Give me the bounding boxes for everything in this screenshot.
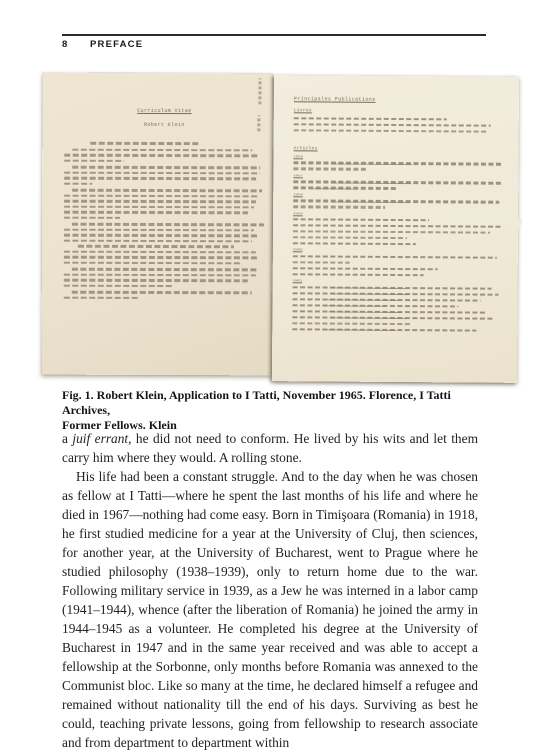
bibliography-entry-line xyxy=(293,286,492,290)
publications-heading: Principales Publications xyxy=(294,96,513,104)
typed-paragraph xyxy=(64,291,264,300)
bibliography-entry-line xyxy=(293,242,416,245)
typed-line xyxy=(64,211,248,214)
typed-line xyxy=(64,284,174,287)
year-heading: 1955 xyxy=(293,155,512,161)
bibliography-entry-line xyxy=(292,310,487,314)
bibliography-entry-line xyxy=(292,298,480,302)
typed-line xyxy=(64,182,92,185)
header-rule xyxy=(62,34,486,36)
typed-line xyxy=(64,159,124,162)
running-head-title: PREFACE xyxy=(90,39,143,50)
figure-1: Curriculum Vitae Robert Klein Principale… xyxy=(40,71,522,389)
bibliography-entry-line xyxy=(293,218,429,221)
bibliography-entry-line xyxy=(293,187,398,190)
bibliography-entry-line xyxy=(293,181,501,185)
bibliography-entry-line xyxy=(294,123,491,127)
bibliography-entry-line xyxy=(292,328,476,332)
bibliography-entry-line xyxy=(293,236,407,239)
typed-paragraph xyxy=(64,189,264,220)
typed-line xyxy=(64,273,256,276)
typed-line xyxy=(72,189,262,192)
typed-line xyxy=(64,194,258,197)
typed-paragraph xyxy=(64,148,264,162)
typed-line xyxy=(64,177,256,180)
body-paragraph: a juif errant, he did not need to confor… xyxy=(62,429,478,467)
typed-paragraph xyxy=(64,142,264,145)
bibliography-entry-line xyxy=(293,162,503,166)
cv-page-content: Curriculum Vitae Robert Klein xyxy=(63,108,264,376)
typed-line xyxy=(64,256,258,259)
typed-line xyxy=(64,239,252,242)
typed-line xyxy=(72,268,258,271)
bibliography-entry-line xyxy=(293,224,503,228)
bibliography-entry-line xyxy=(293,273,424,276)
body-text: a juif errant, he did not need to confor… xyxy=(62,429,478,752)
body-paragraph: His life had been a constant struggle. A… xyxy=(62,467,478,752)
bibliography-entry-line xyxy=(294,129,487,133)
bibliography-entry-line xyxy=(293,267,438,270)
year-heading: 1961 xyxy=(293,280,512,286)
bibliography-entry-line xyxy=(293,230,490,234)
typed-paragraph xyxy=(64,223,264,265)
bibliography-entry-line xyxy=(293,255,497,259)
year-heading: 1958 xyxy=(293,193,512,199)
typed-line xyxy=(64,261,240,264)
typed-paragraph xyxy=(64,268,264,288)
scanned-cv-page: Curriculum Vitae Robert Klein xyxy=(41,73,272,376)
publications-page-content: Principales PublicationsLivresArticles19… xyxy=(292,96,513,383)
bibliography-entry-line xyxy=(292,304,458,308)
typed-line xyxy=(72,166,260,169)
typed-line xyxy=(64,279,248,282)
typed-line xyxy=(64,171,260,174)
cv-name: Robert Klein xyxy=(64,122,264,129)
figure-caption-line1: Fig. 1. Robert Klein, Application to I T… xyxy=(62,388,492,418)
year-heading: 1957 xyxy=(293,174,512,180)
torn-edge-notch xyxy=(514,218,522,229)
typed-line xyxy=(64,205,254,208)
year-heading: 1960 xyxy=(293,249,512,255)
typed-line xyxy=(64,296,140,299)
typed-line xyxy=(64,216,120,219)
typed-line xyxy=(64,250,256,253)
spacer xyxy=(294,135,513,143)
cv-typed-body xyxy=(64,142,265,300)
typed-paragraph xyxy=(64,166,264,186)
bibliography-entry-line xyxy=(293,292,499,296)
typed-line xyxy=(64,200,256,203)
typed-line xyxy=(72,291,252,294)
page-number: 8 xyxy=(62,39,90,50)
bibliography-entry-line xyxy=(294,117,447,120)
typed-line xyxy=(64,228,254,231)
typed-line xyxy=(72,148,252,151)
bibliography-entry-line xyxy=(292,316,493,320)
typed-line xyxy=(78,245,234,248)
running-head: 8PREFACE xyxy=(62,39,486,50)
typed-line xyxy=(72,223,264,226)
archive-stamp-mark xyxy=(258,78,261,104)
bibliography-entry-line xyxy=(293,168,367,171)
publications-subheading: Articles xyxy=(294,146,513,153)
typed-line xyxy=(64,234,258,237)
figure-caption: Fig. 1. Robert Klein, Application to I T… xyxy=(62,388,492,433)
scanned-publications-page: Principales PublicationsLivresArticles19… xyxy=(272,75,519,383)
publications-subheading: Livres xyxy=(294,108,513,115)
bibliography-entry-line xyxy=(293,261,350,264)
cv-heading: Curriculum Vitae xyxy=(64,108,264,115)
bibliography-entry-line xyxy=(292,322,410,325)
year-heading: 1959 xyxy=(293,212,512,218)
typed-line xyxy=(64,154,258,157)
bibliography-entry-line xyxy=(293,205,385,208)
typed-line xyxy=(90,142,200,145)
bibliography-entry-line xyxy=(293,199,499,203)
